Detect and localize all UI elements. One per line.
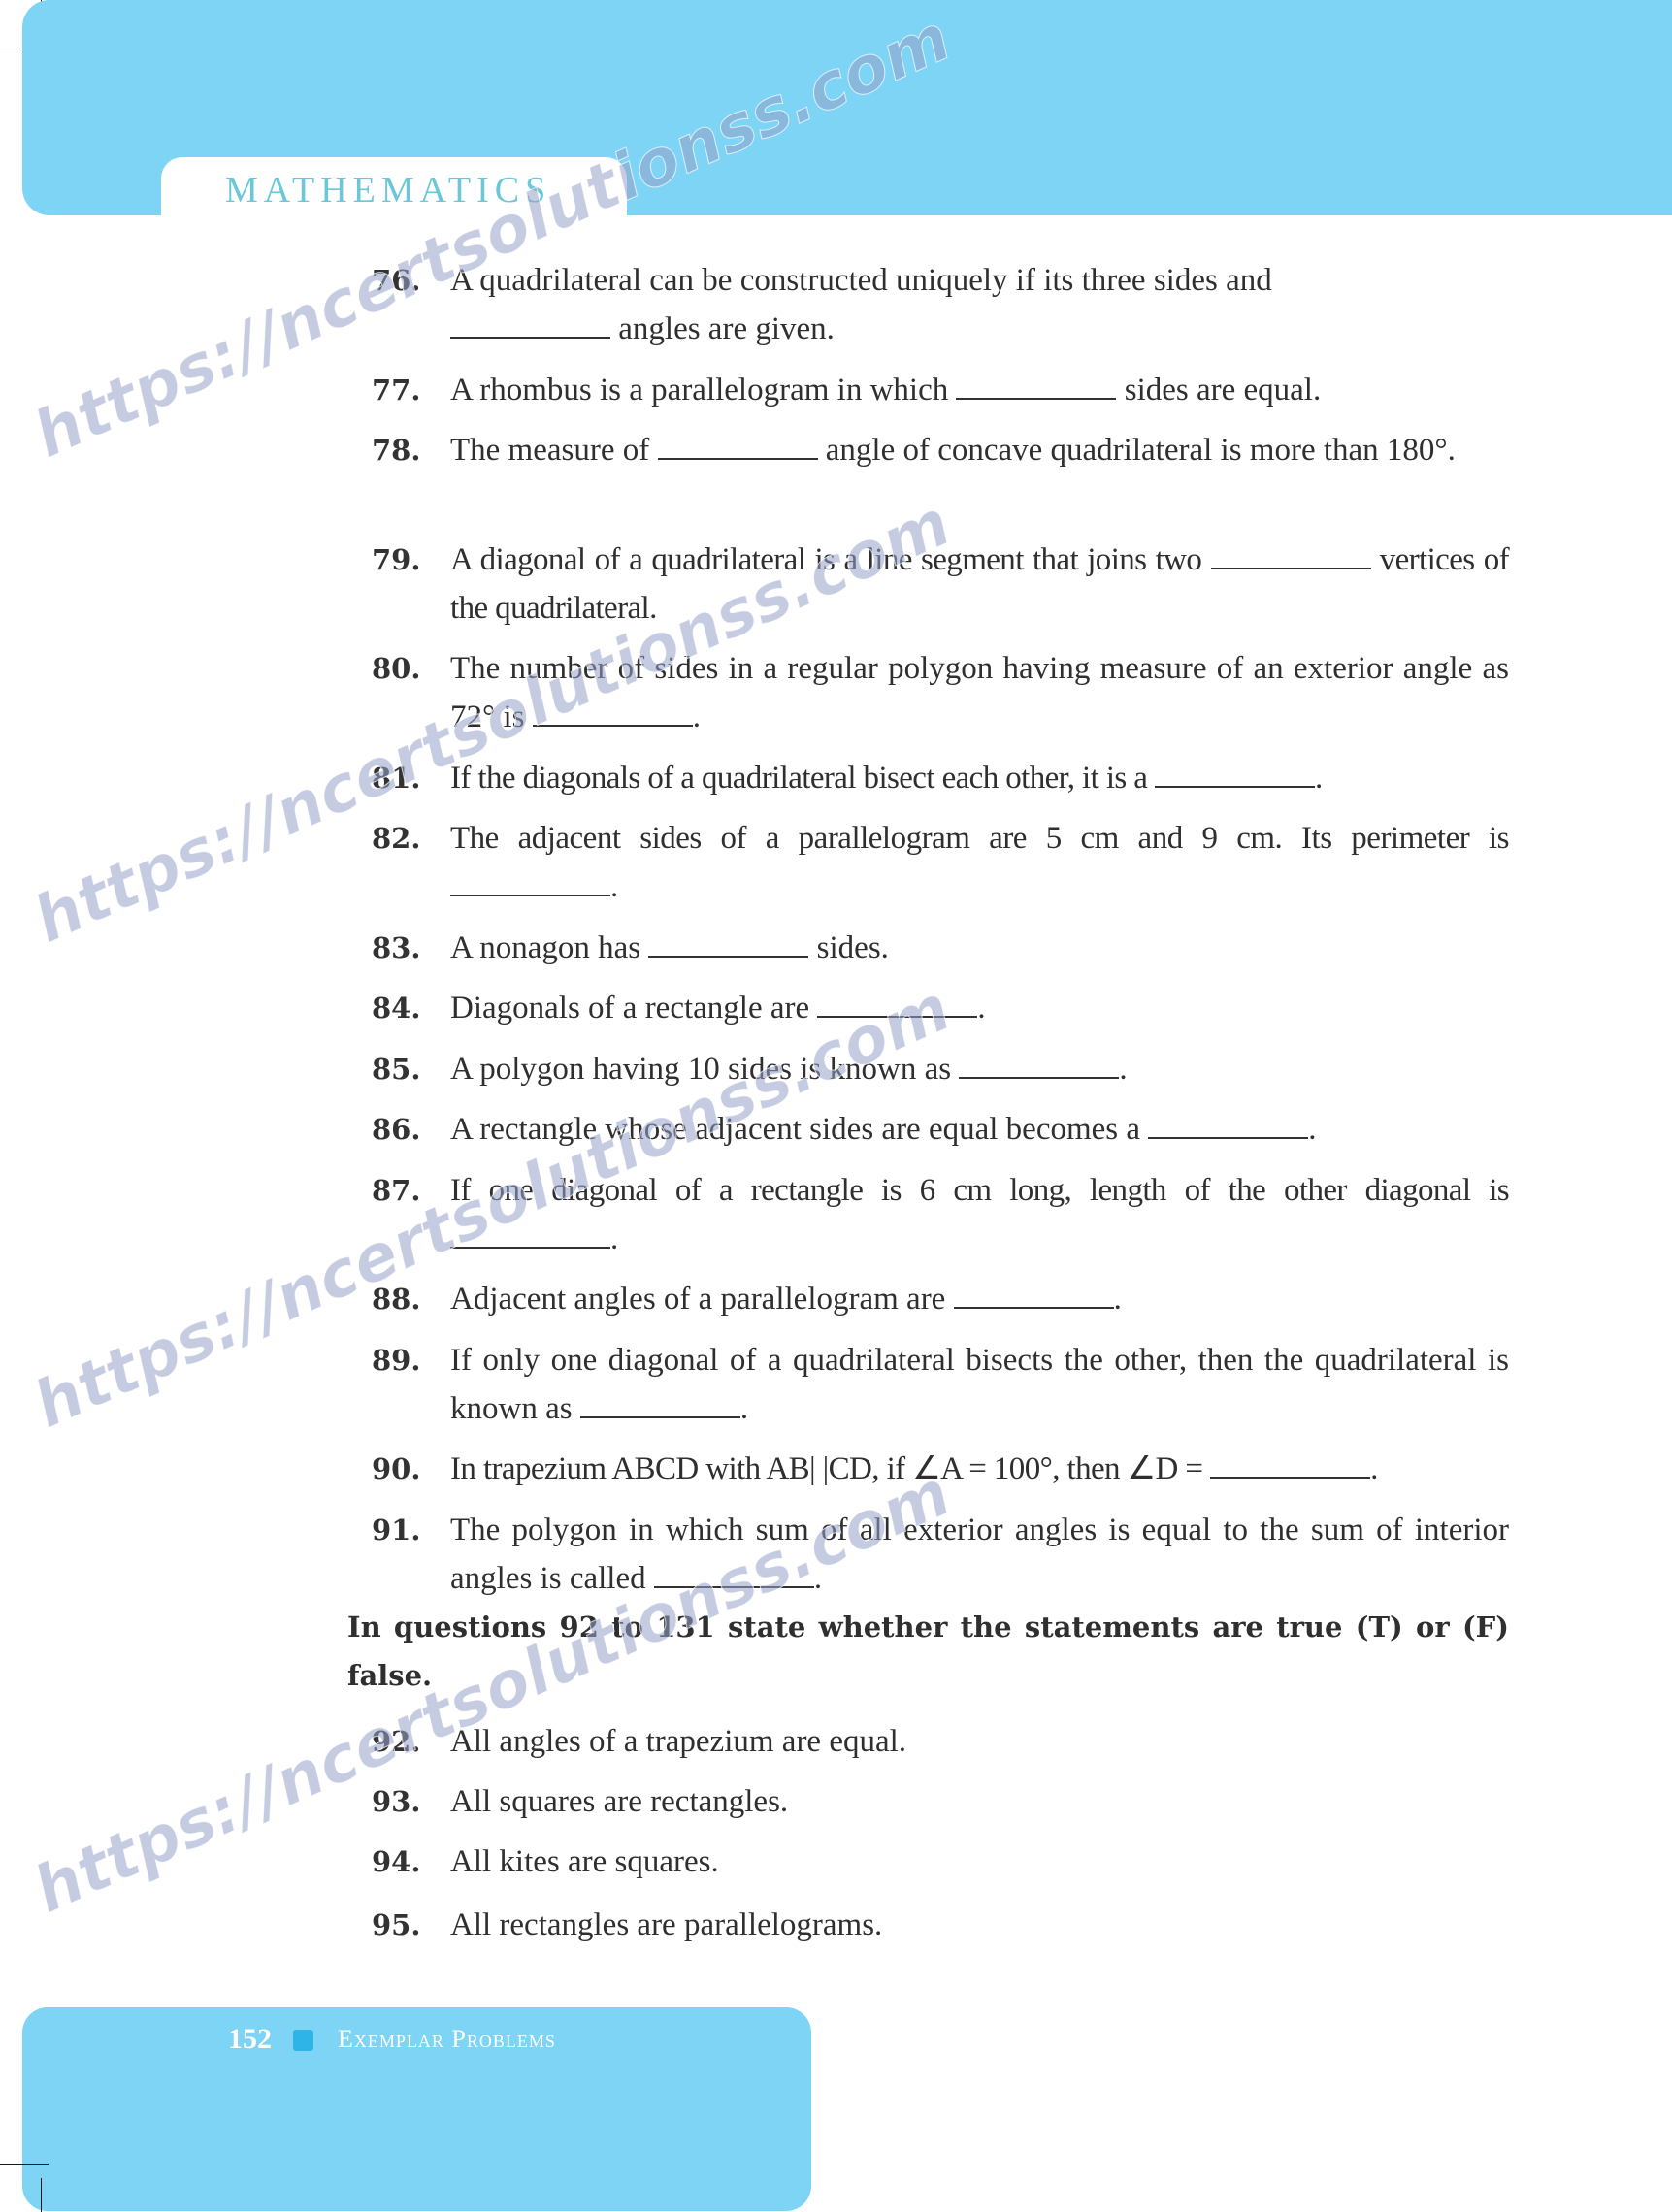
crop-mark-bottom-horizontal [0,2164,49,2165]
question-item: 85. A polygon having 10 sides is known a… [372,1045,1509,1093]
question-number: 89. [372,1336,420,1384]
question-item: 76. A quadrilateral can be constructed u… [372,256,1509,353]
question-item: 88. Adjacent angles of a parallelogram a… [372,1275,1509,1323]
tf-question-item: 94. All kites are squares. [372,1838,1509,1886]
question-item: 83. A nonagon has sides. [372,924,1509,972]
question-text: A rectangle whose adjacent sides are equ… [450,1105,1509,1154]
question-item: 82. The adjacent sides of a parallelogra… [372,814,1509,911]
tf-question-item: 95. All rectangles are parallelograms. [372,1901,1509,1949]
answer-blank [956,371,1116,400]
question-text: The polygon in which sum of all exterior… [450,1506,1509,1603]
question-item: 80. The number of sides in a regular pol… [372,644,1509,741]
question-item: 86. A rectangle whose adjacent sides are… [372,1105,1509,1154]
page-number: 152 [228,2023,272,2056]
footer-band: 152 Exemplar Problems [22,2007,811,2211]
answer-blank [954,1280,1114,1309]
question-text: All squares are rectangles. [450,1777,1509,1826]
question-number: 82. [372,814,420,862]
question-text: A quadrilateral can be constructed uniqu… [450,256,1509,353]
question-item: 84. Diagonals of a rectangle are . [372,984,1509,1032]
question-text: The adjacent sides of a parallelogram ar… [450,814,1509,911]
answer-blank [533,698,693,727]
tf-question-item: 93. All squares are rectangles. [372,1777,1509,1826]
answer-blank [648,928,808,958]
answer-blank [450,867,610,896]
question-text: A polygon having 10 sides is known as . [450,1045,1509,1093]
question-item: 91. The polygon in which sum of all exte… [372,1506,1509,1603]
question-number: 83. [372,924,420,972]
question-number: 77. [372,366,420,414]
answer-blank [959,1050,1119,1079]
question-number: 80. [372,644,420,693]
subject-title: MATHEMATICS [225,169,551,211]
question-item: 78. The measure of angle of concave quad… [372,426,1509,474]
question-text: All angles of a trapezium are equal. [450,1717,1509,1766]
question-text: If one diagonal of a rectangle is 6 cm l… [450,1166,1509,1263]
question-text: All kites are squares. [450,1838,1509,1886]
question-item: 90. In trapezium ABCD with AB| |CD, if ∠… [372,1445,1509,1493]
question-number: 93. [372,1777,420,1826]
question-number: 88. [372,1275,420,1323]
answer-blank [1155,759,1315,788]
question-text: A rhombus is a parallelogram in which si… [450,366,1509,414]
question-item: 87. If one diagonal of a rectangle is 6 … [372,1166,1509,1263]
question-text: Adjacent angles of a parallelogram are . [450,1275,1509,1323]
question-number: 79. [372,536,420,584]
crop-mark-bottom-vertical [41,2178,42,2212]
question-text: If only one diagonal of a quadrilateral … [450,1336,1509,1433]
question-number: 95. [372,1901,420,1949]
section-instruction: In questions 92 to 131 state whether the… [347,1603,1509,1700]
question-number: 87. [372,1166,420,1215]
answer-blank [1211,540,1371,569]
question-text: If the diagonals of a quadrilateral bise… [450,754,1509,802]
answer-blank [1148,1110,1308,1139]
question-number: 84. [372,984,420,1032]
question-number: 91. [372,1506,420,1554]
question-item: 81. If the diagonals of a quadrilateral … [372,754,1509,802]
answer-blank [817,989,977,1018]
question-number: 92. [372,1717,420,1766]
question-text: The number of sides in a regular polygon… [450,644,1509,741]
question-item: 89. If only one diagonal of a quadrilate… [372,1336,1509,1433]
answer-blank [1210,1449,1370,1479]
question-text: A nonagon has sides. [450,924,1509,972]
tf-question-item: 92. All angles of a trapezium are equal. [372,1717,1509,1766]
answer-blank [658,431,818,460]
question-text: All rectangles are parallelograms. [450,1901,1509,1949]
answer-blank [580,1389,740,1418]
subject-tab: MATHEMATICS [161,157,627,217]
question-number: 94. [372,1838,420,1886]
question-text: In trapezium ABCD with AB| |CD, if ∠A = … [450,1445,1509,1493]
question-item: 79. A diagonal of a quadrilateral is a l… [372,536,1509,633]
answer-blank [450,309,610,339]
question-number: 85. [372,1045,420,1093]
question-number: 90. [372,1445,420,1493]
question-number: 86. [372,1105,420,1154]
question-item: 77. A rhombus is a parallelogram in whic… [372,366,1509,414]
question-number: 78. [372,426,420,474]
answer-blank [450,1220,610,1249]
answer-blank [654,1559,814,1588]
question-text: A diagonal of a quadrilateral is a line … [450,536,1509,633]
question-text: The measure of angle of concave quadrila… [450,426,1509,474]
question-number: 76. [372,256,420,305]
question-text: Diagonals of a rectangle are . [450,984,1509,1032]
question-number: 81. [372,754,420,802]
book-title: Exemplar Problems [338,2025,556,2054]
square-marker-icon [293,2030,313,2051]
